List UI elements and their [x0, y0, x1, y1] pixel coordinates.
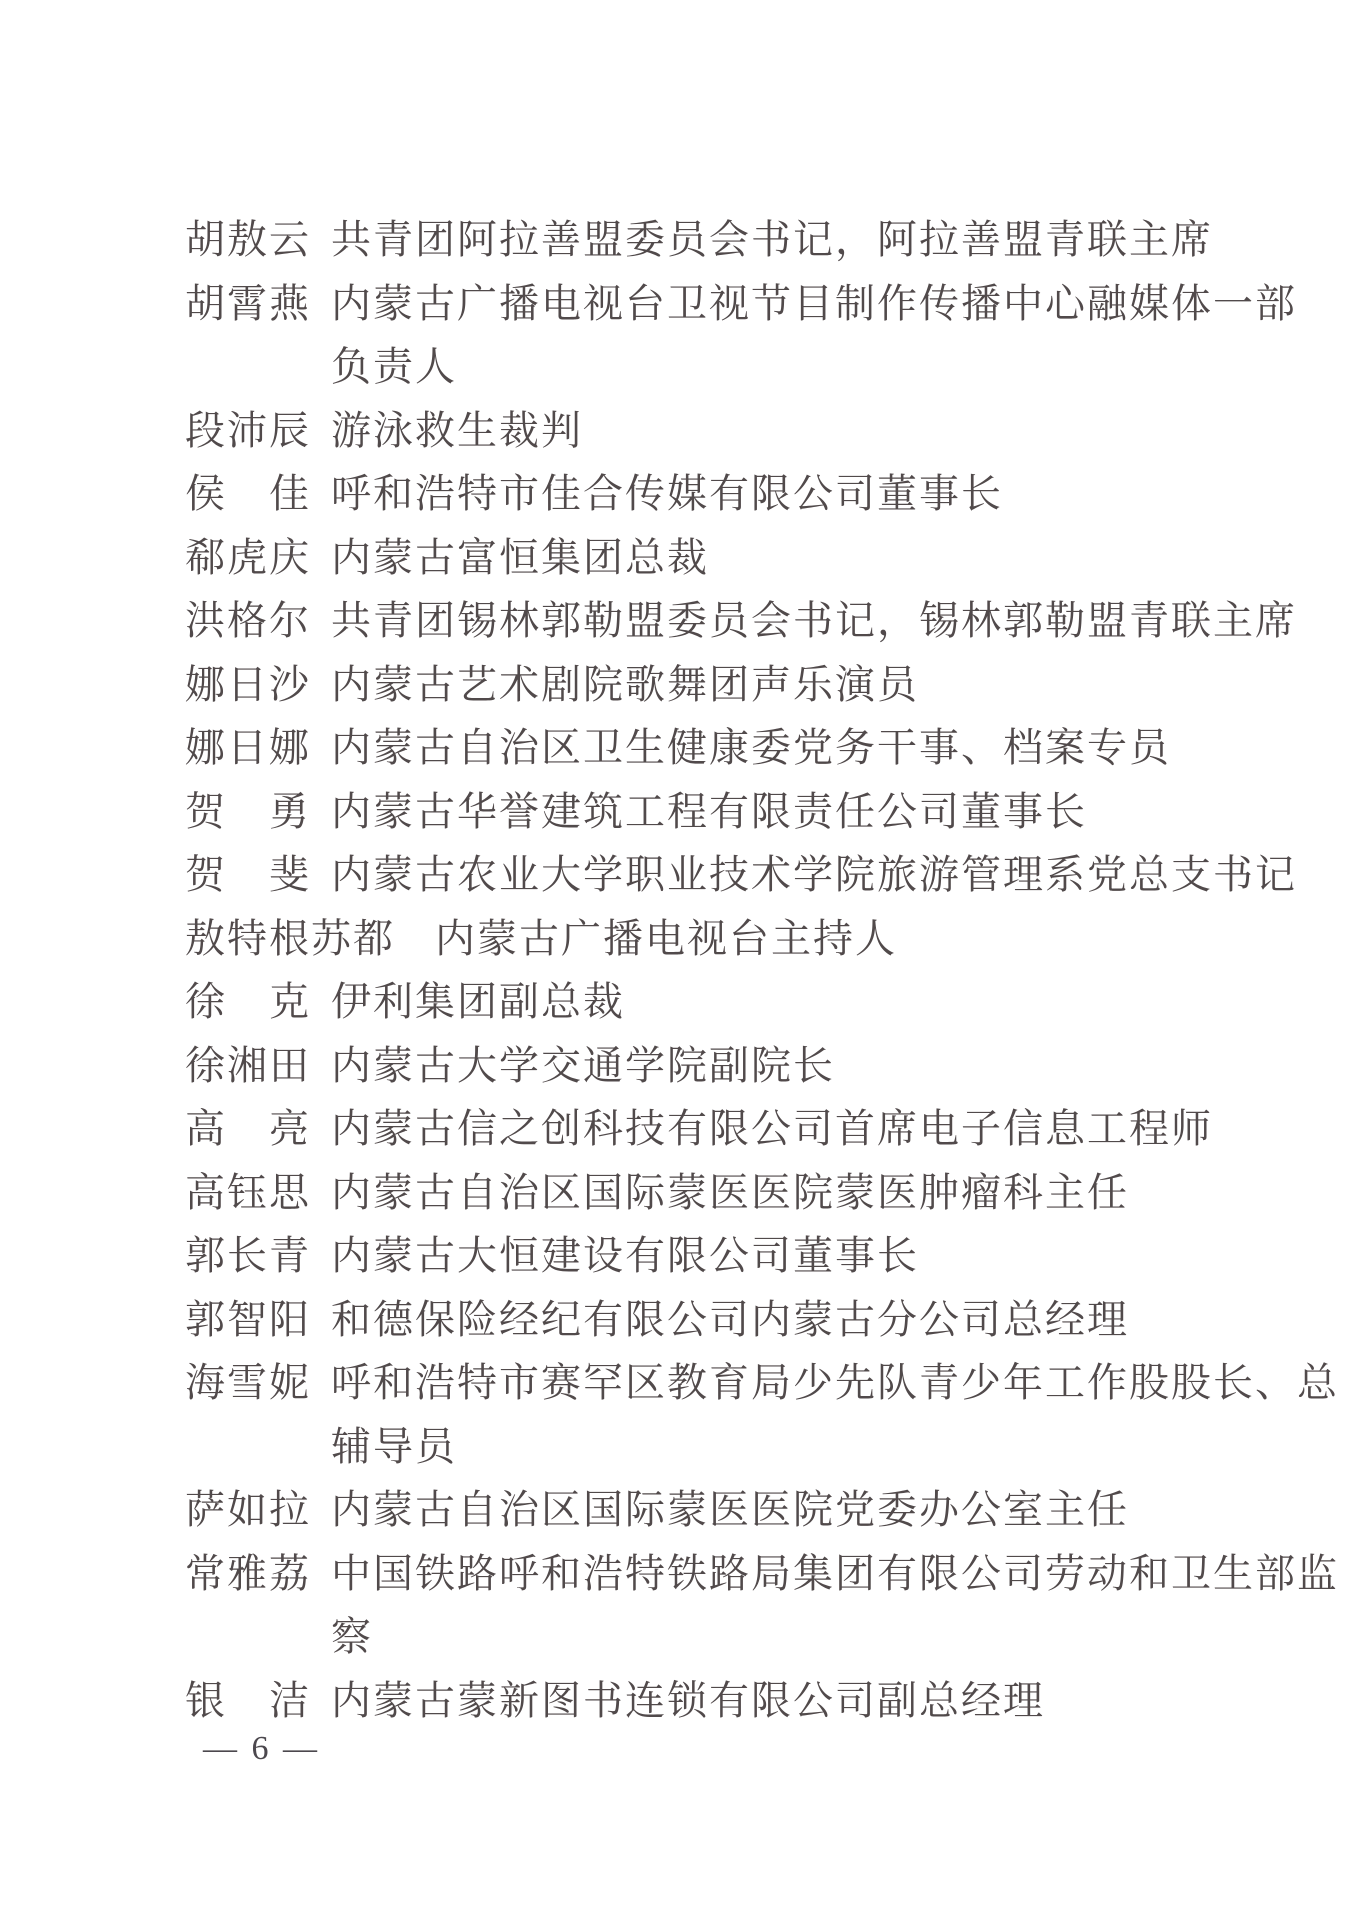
person-title: 中国铁路呼和浩特铁路局集团有限公司劳动和卫生部监察	[331, 1542, 1339, 1669]
person-name: 娜日娜	[185, 716, 331, 780]
person-title: 和德保险经纪有限公司内蒙古分公司总经理	[331, 1288, 1225, 1352]
person-name: 徐 克	[185, 970, 331, 1034]
person-title: 内蒙古华誉建筑工程有限责任公司董事长	[331, 780, 1225, 844]
person-title: 内蒙古信之创科技有限公司首席电子信息工程师	[331, 1097, 1225, 1161]
title-line: 中国铁路呼和浩特铁路局集团有限公司劳动和卫生部监	[331, 1542, 1339, 1606]
list-item: 银 洁内蒙古蒙新图书连锁有限公司副总经理	[185, 1669, 1225, 1733]
list-item: 常雅荔中国铁路呼和浩特铁路局集团有限公司劳动和卫生部监察	[185, 1542, 1225, 1669]
list-item: 郗虎庆内蒙古富恒集团总裁	[185, 526, 1225, 590]
list-item: 贺 斐内蒙古农业大学职业技术学院旅游管理系党总支书记	[185, 843, 1225, 907]
title-line: 呼和浩特市佳合传媒有限公司董事长	[331, 462, 1225, 526]
person-title: 内蒙古自治区卫生健康委党务干事、档案专员	[331, 716, 1225, 780]
list-item: 郭智阳和德保险经纪有限公司内蒙古分公司总经理	[185, 1288, 1225, 1352]
person-title: 内蒙古农业大学职业技术学院旅游管理系党总支书记	[331, 843, 1297, 907]
title-line: 内蒙古自治区国际蒙医医院蒙医肿瘤科主任	[331, 1161, 1225, 1225]
title-line: 伊利集团副总裁	[331, 970, 1225, 1034]
person-title: 内蒙古艺术剧院歌舞团声乐演员	[331, 653, 1225, 717]
title-line: 和德保险经纪有限公司内蒙古分公司总经理	[331, 1288, 1225, 1352]
list-item: 敖特根苏都内蒙古广播电视台主持人	[185, 907, 1225, 971]
person-name: 郗虎庆	[185, 526, 331, 590]
person-name: 敖特根苏都	[185, 907, 395, 971]
person-title: 内蒙古自治区国际蒙医医院蒙医肿瘤科主任	[331, 1161, 1225, 1225]
person-title: 内蒙古大学交通学院副院长	[331, 1034, 1225, 1098]
list-item: 徐 克伊利集团副总裁	[185, 970, 1225, 1034]
list-item: 高 亮内蒙古信之创科技有限公司首席电子信息工程师	[185, 1097, 1225, 1161]
person-name: 胡敖云	[185, 208, 331, 272]
person-title: 内蒙古富恒集团总裁	[331, 526, 1225, 590]
person-name: 高 亮	[185, 1097, 331, 1161]
title-line: 内蒙古大恒建设有限公司董事长	[331, 1224, 1225, 1288]
person-title: 内蒙古广播电视台主持人	[435, 907, 1225, 971]
person-title: 共青团锡林郭勒盟委员会书记，锡林郭勒盟青联主席	[331, 589, 1297, 653]
title-line: 游泳救生裁判	[331, 399, 1225, 463]
list-item: 娜日娜内蒙古自治区卫生健康委党务干事、档案专员	[185, 716, 1225, 780]
list-item: 胡敖云共青团阿拉善盟委员会书记，阿拉善盟青联主席	[185, 208, 1225, 272]
person-name: 段沛辰	[185, 399, 331, 463]
person-name: 常雅荔	[185, 1542, 331, 1606]
person-title: 呼和浩特市赛罕区教育局少先队青少年工作股股长、总辅导员	[331, 1351, 1339, 1478]
title-line: 内蒙古大学交通学院副院长	[331, 1034, 1225, 1098]
document-page: 胡敖云共青团阿拉善盟委员会书记，阿拉善盟青联主席胡霄燕内蒙古广播电视台卫视节目制…	[0, 0, 1357, 1920]
person-name: 海雪妮	[185, 1351, 331, 1415]
title-line: 辅导员	[331, 1415, 1339, 1479]
title-line: 内蒙古广播电视台卫视节目制作传播中心融媒体一部	[331, 272, 1297, 336]
title-line: 内蒙古华誉建筑工程有限责任公司董事长	[331, 780, 1225, 844]
list-item: 高钰思内蒙古自治区国际蒙医医院蒙医肿瘤科主任	[185, 1161, 1225, 1225]
title-line: 呼和浩特市赛罕区教育局少先队青少年工作股股长、总	[331, 1351, 1339, 1415]
title-line: 察	[331, 1605, 1339, 1669]
title-line: 共青团阿拉善盟委员会书记，阿拉善盟青联主席	[331, 208, 1225, 272]
person-name: 郭智阳	[185, 1288, 331, 1352]
person-name: 贺 斐	[185, 843, 331, 907]
person-title: 内蒙古蒙新图书连锁有限公司副总经理	[331, 1669, 1225, 1733]
list-item: 海雪妮呼和浩特市赛罕区教育局少先队青少年工作股股长、总辅导员	[185, 1351, 1225, 1478]
title-line: 内蒙古自治区卫生健康委党务干事、档案专员	[331, 716, 1225, 780]
person-name: 银 洁	[185, 1669, 331, 1733]
list-item: 娜日沙内蒙古艺术剧院歌舞团声乐演员	[185, 653, 1225, 717]
person-title: 呼和浩特市佳合传媒有限公司董事长	[331, 462, 1225, 526]
person-title: 游泳救生裁判	[331, 399, 1225, 463]
title-line: 内蒙古广播电视台主持人	[435, 907, 1225, 971]
title-line: 内蒙古自治区国际蒙医医院党委办公室主任	[331, 1478, 1225, 1542]
person-name: 贺 勇	[185, 780, 331, 844]
person-name: 娜日沙	[185, 653, 331, 717]
list-item: 萨如拉内蒙古自治区国际蒙医医院党委办公室主任	[185, 1478, 1225, 1542]
person-name: 胡霄燕	[185, 272, 331, 336]
person-name: 徐湘田	[185, 1034, 331, 1098]
list-item: 段沛辰游泳救生裁判	[185, 399, 1225, 463]
person-name: 洪格尔	[185, 589, 331, 653]
person-title: 共青团阿拉善盟委员会书记，阿拉善盟青联主席	[331, 208, 1225, 272]
list-item: 郭长青内蒙古大恒建设有限公司董事长	[185, 1224, 1225, 1288]
list-item: 贺 勇内蒙古华誉建筑工程有限责任公司董事长	[185, 780, 1225, 844]
title-line: 共青团锡林郭勒盟委员会书记，锡林郭勒盟青联主席	[331, 589, 1297, 653]
person-title: 内蒙古自治区国际蒙医医院党委办公室主任	[331, 1478, 1225, 1542]
title-line: 内蒙古蒙新图书连锁有限公司副总经理	[331, 1669, 1225, 1733]
person-title: 内蒙古广播电视台卫视节目制作传播中心融媒体一部负责人	[331, 272, 1297, 399]
title-line: 内蒙古信之创科技有限公司首席电子信息工程师	[331, 1097, 1225, 1161]
list-item: 徐湘田内蒙古大学交通学院副院长	[185, 1034, 1225, 1098]
person-name: 郭长青	[185, 1224, 331, 1288]
list-item: 胡霄燕内蒙古广播电视台卫视节目制作传播中心融媒体一部负责人	[185, 272, 1225, 399]
person-title: 内蒙古大恒建设有限公司董事长	[331, 1224, 1225, 1288]
title-line: 内蒙古艺术剧院歌舞团声乐演员	[331, 653, 1225, 717]
person-name: 侯 佳	[185, 462, 331, 526]
list-item: 侯 佳呼和浩特市佳合传媒有限公司董事长	[185, 462, 1225, 526]
person-title: 伊利集团副总裁	[331, 970, 1225, 1034]
honoree-list: 胡敖云共青团阿拉善盟委员会书记，阿拉善盟青联主席胡霄燕内蒙古广播电视台卫视节目制…	[185, 208, 1225, 1732]
list-item: 洪格尔共青团锡林郭勒盟委员会书记，锡林郭勒盟青联主席	[185, 589, 1225, 653]
title-line: 负责人	[331, 335, 1297, 399]
title-line: 内蒙古农业大学职业技术学院旅游管理系党总支书记	[331, 843, 1297, 907]
person-name: 萨如拉	[185, 1478, 331, 1542]
person-name: 高钰思	[185, 1161, 331, 1225]
page-number: — 6 —	[203, 1730, 320, 1768]
title-line: 内蒙古富恒集团总裁	[331, 526, 1225, 590]
